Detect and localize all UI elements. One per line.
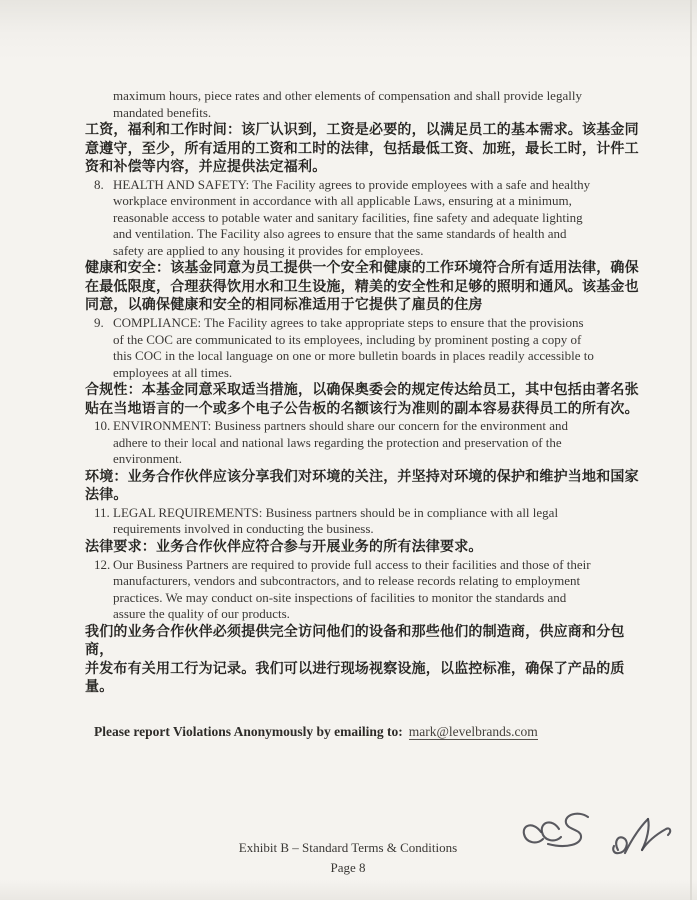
list-item-10: 10. ENVIRONMENT: Business partners shoul… xyxy=(94,418,645,468)
item-number: 9. xyxy=(94,315,113,381)
document-body: maximum hours, piece rates and other ele… xyxy=(85,88,645,740)
item-8-health-safety-text: HEALTH AND SAFETY: The Facility agrees t… xyxy=(113,177,590,260)
item-number: 11. xyxy=(94,505,113,538)
paragraph-continuation-item7: maximum hours, piece rates and other ele… xyxy=(113,88,645,121)
item-number: 12. xyxy=(94,557,113,623)
item-number: 10. xyxy=(94,418,113,468)
paragraph-zh-compliance: 合规性：本基金同意采取适当措施，以确保奥委会的规定传达给员工，其中包括由著名张 … xyxy=(85,381,645,418)
list-item-11: 11. LEGAL REQUIREMENTS: Business partner… xyxy=(94,505,645,538)
paragraph-zh-health-safety: 健康和安全：该基金同意为员工提供一个安全和健康的工作环境符合所有适用法律，确保 … xyxy=(85,259,645,315)
handwritten-initials xyxy=(518,808,683,883)
scanned-document-page: maximum hours, piece rates and other ele… xyxy=(0,0,697,900)
paragraph-zh-environment: 环境：业务合作伙伴应该分享我们对环境的关注，并坚持对环境的保护和维护当地和国家 … xyxy=(85,468,645,505)
violations-report-email-link: mark@levelbrands.com xyxy=(409,724,538,740)
paragraph-zh-access-inspections: 我们的业务合作伙伴必须提供完全访问他们的设备和那些他们的制造商，供应商和分包商，… xyxy=(85,623,645,697)
item-11-legal-requirements-text: LEGAL REQUIREMENTS: Business partners sh… xyxy=(113,505,558,538)
violations-report-line: Please report Violations Anonymously by … xyxy=(94,724,645,740)
paragraph-zh-legal-requirements: 法律要求：业务合作伙伴应符合参与开展业务的所有法律要求。 xyxy=(85,538,645,557)
paragraph-zh-wages-benefits: 工资，福利和工作时间：该厂认识到，工资是必要的，以满足员工的基本需求。该基金同 … xyxy=(85,121,645,177)
list-item-12: 12. Our Business Partners are required t… xyxy=(94,557,645,623)
item-9-compliance-text: COMPLIANCE: The Facility agrees to take … xyxy=(113,315,594,381)
item-10-environment-text: ENVIRONMENT: Business partners should sh… xyxy=(113,418,568,468)
scan-edge-artifact xyxy=(690,0,692,900)
list-item-9: 9. COMPLIANCE: The Facility agrees to ta… xyxy=(94,315,645,381)
list-item-8: 8. HEALTH AND SAFETY: The Facility agree… xyxy=(94,177,645,260)
item-12-access-inspections-text: Our Business Partners are required to pr… xyxy=(113,557,591,623)
violations-report-label: Please report Violations Anonymously by … xyxy=(94,724,403,739)
item-number: 8. xyxy=(94,177,113,260)
